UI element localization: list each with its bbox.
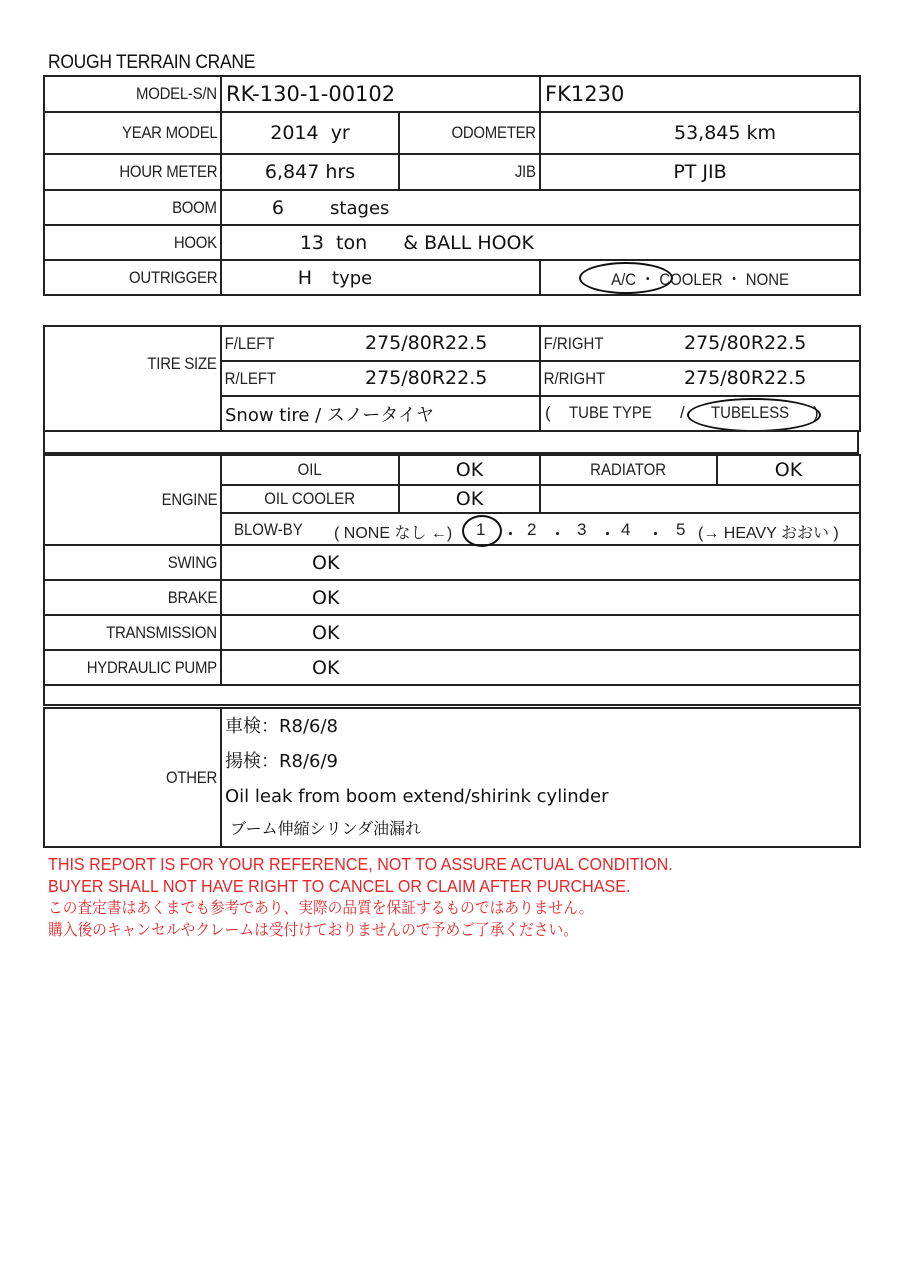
snow-tire: Snow tire / スノータイヤ xyxy=(221,396,540,431)
spacer-row-2 xyxy=(44,685,860,705)
model-sn-label: MODEL-S/N xyxy=(44,76,221,112)
tube-type-options: ( TUBE TYPE / TUBELESS ) xyxy=(540,396,860,431)
row-tire-front: TIRE SIZE F/LEFT 275/80R22.5 F/RIGHT 275… xyxy=(44,326,860,361)
r-left-label: R/LEFT xyxy=(222,369,276,389)
engine-label: ENGINE xyxy=(44,455,221,545)
check-label: BRAKE xyxy=(44,580,221,615)
tire-table: TIRE SIZE F/LEFT 275/80R22.5 F/RIGHT 275… xyxy=(43,325,861,432)
r-left-value: 275/80R22.5 xyxy=(365,367,487,389)
tire-f-left: F/LEFT 275/80R22.5 xyxy=(221,326,540,361)
year-model-value: 2014 yr xyxy=(221,112,399,154)
hook-label: HOOK xyxy=(44,225,221,260)
climate-options-text: A/C ・ COOLER ・ NONE xyxy=(611,265,789,290)
year-unit: yr xyxy=(331,122,350,144)
hour-meter-label: HOUR METER xyxy=(44,154,221,190)
odometer-label: ODOMETER xyxy=(399,112,540,154)
hook-unit: ton xyxy=(336,232,367,254)
hook-number: 13 xyxy=(222,232,324,254)
blowby-level-5: 5 xyxy=(676,520,685,540)
tube-type-option: TUBE TYPE xyxy=(569,403,652,423)
blowby-dot: ・ xyxy=(599,520,616,545)
blowby-right-hint: (→ HEAVY おおい ) xyxy=(698,520,839,543)
oil-cooler-value: OK xyxy=(399,485,540,513)
f-right-label: F/RIGHT xyxy=(541,334,603,354)
note-line: ブーム伸縮シリンダ油漏れ xyxy=(225,814,859,846)
row-outrigger: OUTRIGGER H type A/C ・ COOLER ・ NONE xyxy=(44,260,860,295)
boom-number: 6 xyxy=(222,197,284,219)
oil-value: OK xyxy=(399,455,540,485)
blowby-level-3: 3 xyxy=(577,520,586,540)
boom-value: 6 stages xyxy=(221,190,860,225)
jib-label: JIB xyxy=(399,154,540,190)
engine-table: ENGINE OIL OK RADIATOR OK OIL COOLER OK … xyxy=(43,454,861,706)
check-row: SWING OK xyxy=(44,545,860,580)
row-other: OTHER 車検：R8/6/8 揚検：R8/6/9 Oil leak from … xyxy=(44,708,860,847)
row-engine-oil: ENGINE OIL OK RADIATOR OK xyxy=(44,455,860,485)
row-hook: HOOK 13 ton & BALL HOOK xyxy=(44,225,860,260)
blowby-left-hint: ( NONE なし ←) xyxy=(334,520,452,543)
row-hour-jib: HOUR METER 6,847 hrs JIB PT JIB xyxy=(44,154,860,190)
hook-extra: & BALL HOOK xyxy=(403,232,534,254)
hour-meter-value: 6,847 hrs xyxy=(221,154,399,190)
outrigger-unit: type xyxy=(332,268,372,289)
blowby-dot: ・ xyxy=(549,520,566,545)
document-title: ROUGH TERRAIN CRANE xyxy=(48,52,255,74)
blowby-dot: ・ xyxy=(647,520,664,545)
f-left-label: F/LEFT xyxy=(222,334,275,354)
serial-value: FK1230 xyxy=(540,76,860,112)
note-line: 車検：R8/6/8 xyxy=(225,709,859,744)
check-row: BRAKE OK xyxy=(44,580,860,615)
spacer-cell xyxy=(44,431,858,453)
tire-r-left: R/LEFT 275/80R22.5 xyxy=(221,361,540,396)
tubeless-option: TUBELESS xyxy=(711,403,789,423)
type-separator: / xyxy=(680,403,685,423)
odometer-number: 53,845 xyxy=(674,122,740,144)
f-left-value: 275/80R22.5 xyxy=(365,332,487,354)
radiator-label: RADIATOR xyxy=(540,455,717,485)
check-label: HYDRAULIC PUMP xyxy=(44,650,221,685)
climate-options: A/C ・ COOLER ・ NONE xyxy=(540,260,860,295)
year-value: 2014 xyxy=(270,122,318,144)
note-line: Oil leak from boom extend/shirink cylind… xyxy=(225,779,859,814)
outrigger-value: H type xyxy=(221,260,540,295)
other-notes: 車検：R8/6/8 揚検：R8/6/9 Oil leak from boom e… xyxy=(221,708,860,847)
note-line: 揚検：R8/6/9 xyxy=(225,744,859,779)
oil-cooler-label: OIL COOLER xyxy=(221,485,399,513)
blowby-scale: BLOW-BY ( NONE なし ←) 1 ・ 2 ・ 3 ・ 4 ・ 5 (… xyxy=(221,513,860,545)
blowby-level-1: 1 xyxy=(476,520,485,540)
tire-f-right: F/RIGHT 275/80R22.5 xyxy=(540,326,860,361)
blowby-label: BLOW-BY xyxy=(234,520,303,540)
outrigger-letter: H xyxy=(222,267,312,289)
disclaimer: THIS REPORT IS FOR YOUR REFERENCE, NOT T… xyxy=(48,853,727,941)
type-close-paren: ) xyxy=(813,403,819,423)
hour-unit: hrs xyxy=(325,161,355,183)
basic-info-table: MODEL-S/N RK-130-1-00102 FK1230 YEAR MOD… xyxy=(43,75,861,296)
hook-value: 13 ton & BALL HOOK xyxy=(221,225,860,260)
row-boom: BOOM 6 stages xyxy=(44,190,860,225)
boom-unit: stages xyxy=(330,198,389,219)
check-value: OK xyxy=(221,545,860,580)
spacer-cell xyxy=(44,685,860,705)
spacer-row-1 xyxy=(43,430,859,454)
r-right-value: 275/80R22.5 xyxy=(684,367,806,389)
odometer-value: 53,845 km xyxy=(540,112,860,154)
oil-label: OIL xyxy=(221,455,399,485)
other-label: OTHER xyxy=(44,708,221,847)
outrigger-label: OUTRIGGER xyxy=(44,260,221,295)
blowby-level-4: 4 xyxy=(621,520,630,540)
r-right-label: R/RIGHT xyxy=(541,369,605,389)
disclaimer-line: THIS REPORT IS FOR YOUR REFERENCE, NOT T… xyxy=(48,853,673,875)
model-sn-value: RK-130-1-00102 xyxy=(221,76,540,112)
check-value: OK xyxy=(221,650,860,685)
empty-cell xyxy=(540,485,860,513)
blowby-level-2: 2 xyxy=(527,520,536,540)
row-year-odometer: YEAR MODEL 2014 yr ODOMETER 53,845 km xyxy=(44,112,860,154)
radiator-value: OK xyxy=(717,455,860,485)
disclaimer-line: この査定書はあくまでも参考であり、実際の品質を保証するものではありません。 xyxy=(48,897,673,919)
jib-value: PT JIB xyxy=(540,154,860,190)
check-row: HYDRAULIC PUMP OK xyxy=(44,650,860,685)
check-value: OK xyxy=(221,615,860,650)
check-value: OK xyxy=(221,580,860,615)
year-model-label: YEAR MODEL xyxy=(44,112,221,154)
odometer-unit: km xyxy=(747,122,777,144)
check-label: TRANSMISSION xyxy=(44,615,221,650)
other-table: OTHER 車検：R8/6/8 揚検：R8/6/9 Oil leak from … xyxy=(43,707,861,848)
check-label: SWING xyxy=(44,545,221,580)
tire-size-label: TIRE SIZE xyxy=(44,326,221,431)
disclaimer-line: 購入後のキャンセルやクレームは受付けておりませんので予めご了承ください。 xyxy=(48,919,673,941)
row-model-sn: MODEL-S/N RK-130-1-00102 FK1230 xyxy=(44,76,860,112)
hour-number: 6,847 xyxy=(265,161,319,183)
check-row: TRANSMISSION OK xyxy=(44,615,860,650)
boom-label: BOOM xyxy=(44,190,221,225)
disclaimer-line: BUYER SHALL NOT HAVE RIGHT TO CANCEL OR … xyxy=(48,875,673,897)
blowby-dot: ・ xyxy=(502,520,519,545)
tire-r-right: R/RIGHT 275/80R22.5 xyxy=(540,361,860,396)
type-open-paren: ( xyxy=(545,403,551,423)
f-right-value: 275/80R22.5 xyxy=(684,332,806,354)
